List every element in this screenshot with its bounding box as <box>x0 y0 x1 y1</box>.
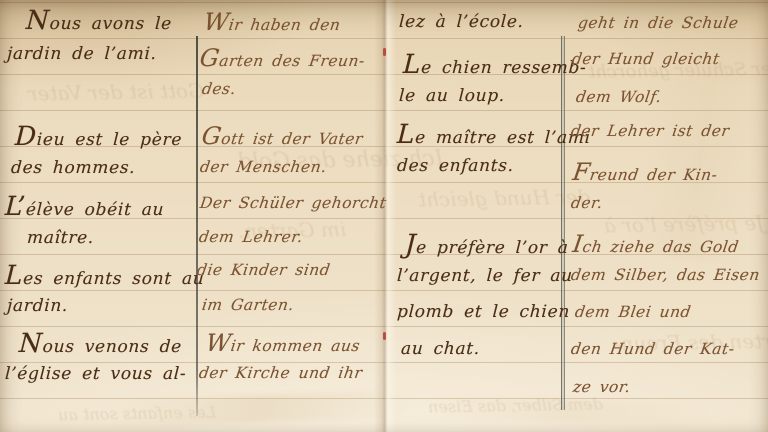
center-fold <box>374 0 396 432</box>
french-line: Le chien ressemb- <box>402 50 587 82</box>
left-page-column-divider <box>196 36 198 416</box>
french-line: Le maître est l’ami <box>396 120 592 152</box>
german-line: dem Lehrer. <box>198 228 305 247</box>
german-line: den Hund der Kat- <box>570 340 736 359</box>
german-line: Wir haben den <box>202 8 343 37</box>
french-line: jardin de l’ami. <box>6 44 157 64</box>
german-line: Wir kommen aus <box>204 329 362 358</box>
german-line: dem Wolf. <box>575 88 663 107</box>
french-line: Nous venons de <box>18 329 183 361</box>
german-line: Der Schüler gehorcht <box>199 194 388 213</box>
french-line: Les enfants sont au <box>4 261 205 293</box>
french-line: Nous avons le <box>25 6 173 38</box>
show-through-text: Gott ist der Vater <box>28 78 204 105</box>
french-line: Je préfère l’or à <box>404 230 569 262</box>
french-line: au chat. <box>400 339 480 359</box>
german-line: Garten des Freun- <box>198 44 367 73</box>
right-page-column-divider <box>561 36 566 410</box>
german-line: die Kinder sind <box>196 261 332 280</box>
german-line: dem Blei und <box>574 303 693 322</box>
german-line: Ich ziehe das Gold <box>571 230 741 259</box>
german-line: dem Silber, das Eisen <box>570 266 761 285</box>
show-through-text: Les enfants sont au <box>58 403 216 425</box>
paper-crease <box>430 396 710 425</box>
french-line: maître. <box>26 228 94 248</box>
german-line: des. <box>201 80 238 99</box>
french-line: le au loup. <box>398 86 505 106</box>
french-line: jardin. <box>6 296 68 316</box>
french-line: des enfants. <box>396 156 514 176</box>
german-line: geht in die Schule <box>577 14 740 33</box>
french-line: des hommes. <box>10 158 135 178</box>
french-line: lez à l’école. <box>398 12 524 32</box>
copybook-photo: Gott ist der Vater Ich ziehe das Gold Le… <box>0 0 768 432</box>
german-line: ze vor. <box>572 378 632 397</box>
french-line: L’élève obéit au <box>4 192 165 224</box>
show-through-text: dem Silber, das Eisen <box>428 394 603 416</box>
german-line: im Garten. <box>201 296 296 315</box>
french-line: l’église et vous al- <box>4 364 186 384</box>
french-line: plomb et le chien <box>396 302 570 322</box>
german-line: Freund der Kin- <box>571 158 720 187</box>
german-line: der Lehrer ist der <box>570 122 731 141</box>
german-line: Gott ist der Vater <box>200 122 365 151</box>
binding-stitch <box>383 332 386 340</box>
paper-crease <box>110 391 411 427</box>
german-line: der Menschen. <box>199 158 328 177</box>
german-line: der Hund gleicht <box>571 50 721 69</box>
binding-stitch <box>383 48 386 56</box>
french-line: l’argent, le fer au <box>396 266 573 286</box>
german-line: der Kirche und ihr <box>198 364 364 383</box>
french-line: Dieu est le père <box>14 122 183 154</box>
german-line: der. <box>570 194 604 213</box>
